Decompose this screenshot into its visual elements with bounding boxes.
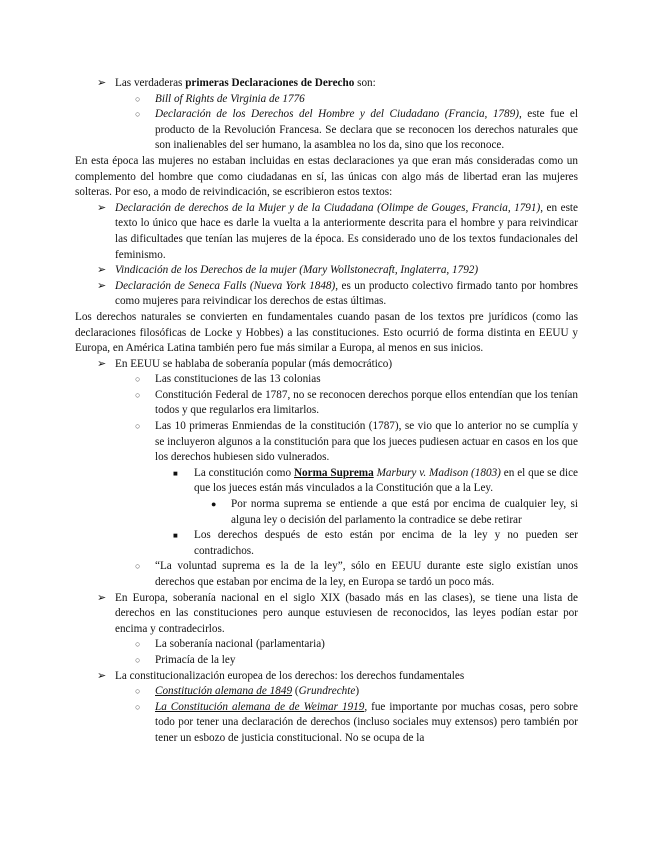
bullet-icon: ➢: [97, 279, 106, 295]
text-run: primeras Declaraciones de Derecho: [185, 77, 354, 89]
bullet-icon: ➢: [97, 263, 106, 279]
document-page: ➢Las verdaderas primeras Declaraciones d…: [75, 76, 578, 747]
text-run: La constitucionalización europea de los …: [115, 670, 464, 682]
bullet-icon: ○: [135, 419, 140, 435]
text-run: Marbury v. Madison (1803): [377, 467, 501, 479]
list-item: ○Las constituciones de las 13 colonias: [75, 372, 578, 388]
text-run: “La voluntad suprema es la de la ley”, s…: [155, 560, 578, 588]
list-item: ○Constitución Federal de 1787, no se rec…: [75, 388, 578, 419]
bullet-icon: ○: [135, 107, 140, 123]
list-item: ○“La voluntad suprema es la de la ley”, …: [75, 559, 578, 590]
list-item: ➢La constitucionalización europea de los…: [75, 669, 578, 685]
bullet-icon: ○: [135, 700, 140, 716]
bullet-icon: ➢: [97, 669, 106, 685]
bullet-icon: ○: [135, 372, 140, 388]
text-run: Constitución Federal de 1787, no se reco…: [155, 389, 578, 417]
text-run: Grundrechte: [299, 685, 356, 697]
paragraph: Los derechos naturales se convierten en …: [75, 310, 578, 357]
bullet-icon: ■: [173, 466, 178, 482]
text-run: En esta época las mujeres no estaban inc…: [75, 155, 578, 198]
bullet-icon: ○: [135, 388, 140, 404]
bullet-icon: ➢: [97, 76, 106, 92]
bullet-icon: ➢: [97, 357, 106, 373]
list-item: ➢Declaración de derechos de la Mujer y d…: [75, 201, 578, 263]
text-run: La constitución como: [194, 467, 294, 479]
text-run: Las constituciones de las 13 colonias: [155, 373, 321, 385]
list-item: ➢Declaración de Seneca Falls (Nueva York…: [75, 279, 578, 310]
list-item: ➢En EEUU se hablaba de soberanía popular…: [75, 357, 578, 373]
bullet-icon: ○: [135, 653, 140, 669]
list-item: ■La constitución como Norma Suprema Marb…: [75, 466, 578, 497]
list-item: ■Los derechos después de esto están por …: [75, 528, 578, 559]
text-run: Las verdaderas: [115, 77, 185, 89]
bullet-icon: ○: [135, 684, 140, 700]
bullet-icon: ➢: [97, 201, 106, 217]
list-item: ➢En Europa, soberanía nacional en el sig…: [75, 591, 578, 638]
text-run: Norma Suprema: [294, 467, 374, 479]
text-run: Los derechos naturales se convierten en …: [75, 311, 578, 354]
text-run: Vindicación de los Derechos de la mujer …: [115, 264, 478, 276]
bullet-icon: ➢: [97, 591, 106, 607]
text-run: La Constitución alemana de de Weimar 191…: [155, 701, 364, 713]
text-run: Los derechos después de esto están por e…: [194, 529, 578, 557]
list-item: ●Por norma suprema se entiende a que est…: [75, 497, 578, 528]
text-run: En Europa, soberanía nacional en el sigl…: [115, 592, 578, 635]
list-item: ○Las 10 primeras Enmiendas de la constit…: [75, 419, 578, 466]
list-item: ○La soberanía nacional (parlamentaria): [75, 637, 578, 653]
bullet-icon: ●: [211, 497, 216, 513]
list-item: ○La Constitución alemana de de Weimar 19…: [75, 700, 578, 747]
text-run: Bill of Rights de Virginia de 1776: [155, 93, 305, 105]
bullet-icon: ■: [173, 528, 178, 544]
text-run: Declaración de Seneca Falls (Nueva York …: [115, 280, 335, 292]
bullet-icon: ○: [135, 92, 140, 108]
list-item: ○Primacía de la ley: [75, 653, 578, 669]
text-run: Declaración de derechos de la Mujer y de…: [115, 202, 540, 214]
paragraph: En esta época las mujeres no estaban inc…: [75, 154, 578, 201]
text-run: ): [355, 685, 359, 697]
text-run: En EEUU se hablaba de soberanía popular …: [115, 358, 392, 370]
text-run: La soberanía nacional (parlamentaria): [155, 638, 325, 650]
list-item: ➢Las verdaderas primeras Declaraciones d…: [75, 76, 578, 92]
bullet-icon: ○: [135, 559, 140, 575]
list-item: ○Constitución alemana de 1849 (Grundrech…: [75, 684, 578, 700]
text-run: Por norma suprema se entiende a que está…: [231, 498, 578, 526]
list-item: ○Bill of Rights de Virginia de 1776: [75, 92, 578, 108]
text-run: Las 10 primeras Enmiendas de la constitu…: [155, 420, 578, 463]
list-item: ➢Vindicación de los Derechos de la mujer…: [75, 263, 578, 279]
list-item: ○Declaración de los Derechos del Hombre …: [75, 107, 578, 154]
text-run: Constitución alemana de 1849: [155, 685, 292, 697]
text-run: Declaración de los Derechos del Hombre y…: [155, 108, 519, 120]
text-run: Primacía de la ley: [155, 654, 235, 666]
bullet-icon: ○: [135, 637, 140, 653]
text-run: son:: [354, 77, 375, 89]
